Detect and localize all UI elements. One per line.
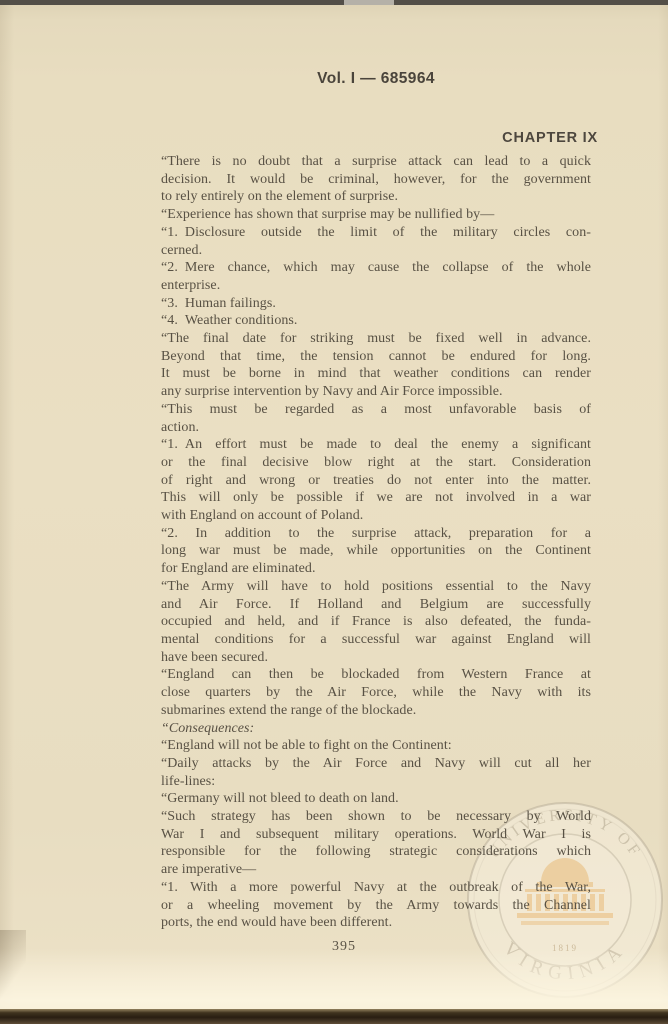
- text-line: are imperative—: [161, 861, 591, 879]
- paragraph: “Germany will not bleed to death on land…: [161, 790, 591, 808]
- text-line: “Germany will not bleed to death on land…: [161, 790, 591, 808]
- corner-shadow: [0, 930, 26, 1010]
- text-line: enterprise.: [161, 277, 591, 295]
- paragraph: “3. Human failings.: [161, 295, 591, 313]
- paragraph: “England will not be able to fight on th…: [161, 737, 591, 755]
- text-line: “1. Disclosure outside the limit of the …: [161, 224, 591, 242]
- book-bottom-edge: [0, 1009, 668, 1024]
- text-line: long war must be made, while opportuniti…: [161, 542, 591, 560]
- text-line: “4. Weather conditions.: [161, 312, 591, 330]
- paragraph: “1. Disclosure outside the limit of the …: [161, 224, 591, 259]
- bookmark-notch: [344, 0, 394, 5]
- text-line: life-lines:: [161, 773, 591, 791]
- text-line: “1. With a more powerful Navy at the out…: [161, 879, 591, 897]
- text-line: “The final date for striking must be fix…: [161, 330, 591, 348]
- volume-header: Vol. I — 685964: [161, 70, 591, 88]
- text-line: mental conditions for a successful war a…: [161, 631, 591, 649]
- text-line: “Experience has shown that surprise may …: [161, 206, 591, 224]
- text-line: close quarters by the Air Force, while t…: [161, 684, 591, 702]
- text-line: to rely entirely on the element of surpr…: [161, 188, 591, 206]
- text-line: have been secured.: [161, 649, 591, 667]
- text-line: of right and wrong or treaties do not en…: [161, 472, 591, 490]
- text-line: “Daily attacks by the Air Force and Navy…: [161, 755, 591, 773]
- text-line: “1. An effort must be made to deal the e…: [161, 436, 591, 454]
- book-top-edge: [0, 0, 668, 5]
- text-line: “Consequences:: [161, 720, 591, 738]
- paragraph: “1. With a more powerful Navy at the out…: [161, 879, 591, 932]
- text-line: “Such strategy has been shown to be nece…: [161, 808, 591, 826]
- text-line: “3. Human failings.: [161, 295, 591, 313]
- text-line: War I and subsequent military operations…: [161, 826, 591, 844]
- text-line: or the final decisive blow right at the …: [161, 454, 591, 472]
- paragraph: “1. An effort must be made to deal the e…: [161, 436, 591, 525]
- text-line: for England are eliminated.: [161, 560, 591, 578]
- paragraph: “Daily attacks by the Air Force and Navy…: [161, 755, 591, 790]
- text-line: any surprise intervention by Navy and Ai…: [161, 383, 591, 401]
- text-line: “The Army will have to hold positions es…: [161, 578, 591, 596]
- text-block: “There is no doubt that a surprise attac…: [161, 153, 591, 932]
- chapter-header: CHAPTER IX: [502, 130, 598, 146]
- text-line: “2. In addition to the surprise attack, …: [161, 525, 591, 543]
- page-bottom-curl: [0, 948, 668, 1010]
- paragraph: “4. Weather conditions.: [161, 312, 591, 330]
- text-line: or a wheeling movement by the Army towar…: [161, 897, 591, 915]
- paragraph: “2. Mere chance, which may cause the col…: [161, 259, 591, 294]
- paragraph: “England can then be blockaded from West…: [161, 666, 591, 719]
- text-line: action.: [161, 419, 591, 437]
- text-line: “2. Mere chance, which may cause the col…: [161, 259, 591, 277]
- text-line: This will only be possible if we are not…: [161, 489, 591, 507]
- paragraph: “Such strategy has been shown to be nece…: [161, 808, 591, 879]
- paragraph: “The Army will have to hold positions es…: [161, 578, 591, 667]
- paragraph: “There is no doubt that a surprise attac…: [161, 153, 591, 206]
- paragraph: “Experience has shown that surprise may …: [161, 206, 591, 224]
- paragraph: “Consequences:: [161, 720, 591, 738]
- scanned-book-page: Vol. I — 685964 CHAPTER IX UNIVERSITY OF…: [0, 0, 668, 1024]
- paragraph: “This must be regarded as a most unfavor…: [161, 401, 591, 436]
- text-line: occupied and held, and if France is also…: [161, 613, 591, 631]
- text-line: “This must be regarded as a most unfavor…: [161, 401, 591, 419]
- text-line: and Air Force. If Holland and Belgium ar…: [161, 596, 591, 614]
- paragraph: “2. In addition to the surprise attack, …: [161, 525, 591, 578]
- text-line: responsible for the following strategic …: [161, 843, 591, 861]
- text-line: ports, the end would have been different…: [161, 914, 591, 932]
- text-line: “England can then be blockaded from West…: [161, 666, 591, 684]
- text-line: with England on account of Poland.: [161, 507, 591, 525]
- text-line: “There is no doubt that a surprise attac…: [161, 153, 591, 171]
- text-line: submarines extend the range of the block…: [161, 702, 591, 720]
- text-line: Beyond that time, the tension cannot be …: [161, 348, 591, 366]
- text-line: It must be borne in mind that weather co…: [161, 365, 591, 383]
- text-line: “England will not be able to fight on th…: [161, 737, 591, 755]
- paragraph: “The final date for striking must be fix…: [161, 330, 591, 401]
- text-line: cerned.: [161, 242, 591, 260]
- text-line: decision. It would be criminal, however,…: [161, 171, 591, 189]
